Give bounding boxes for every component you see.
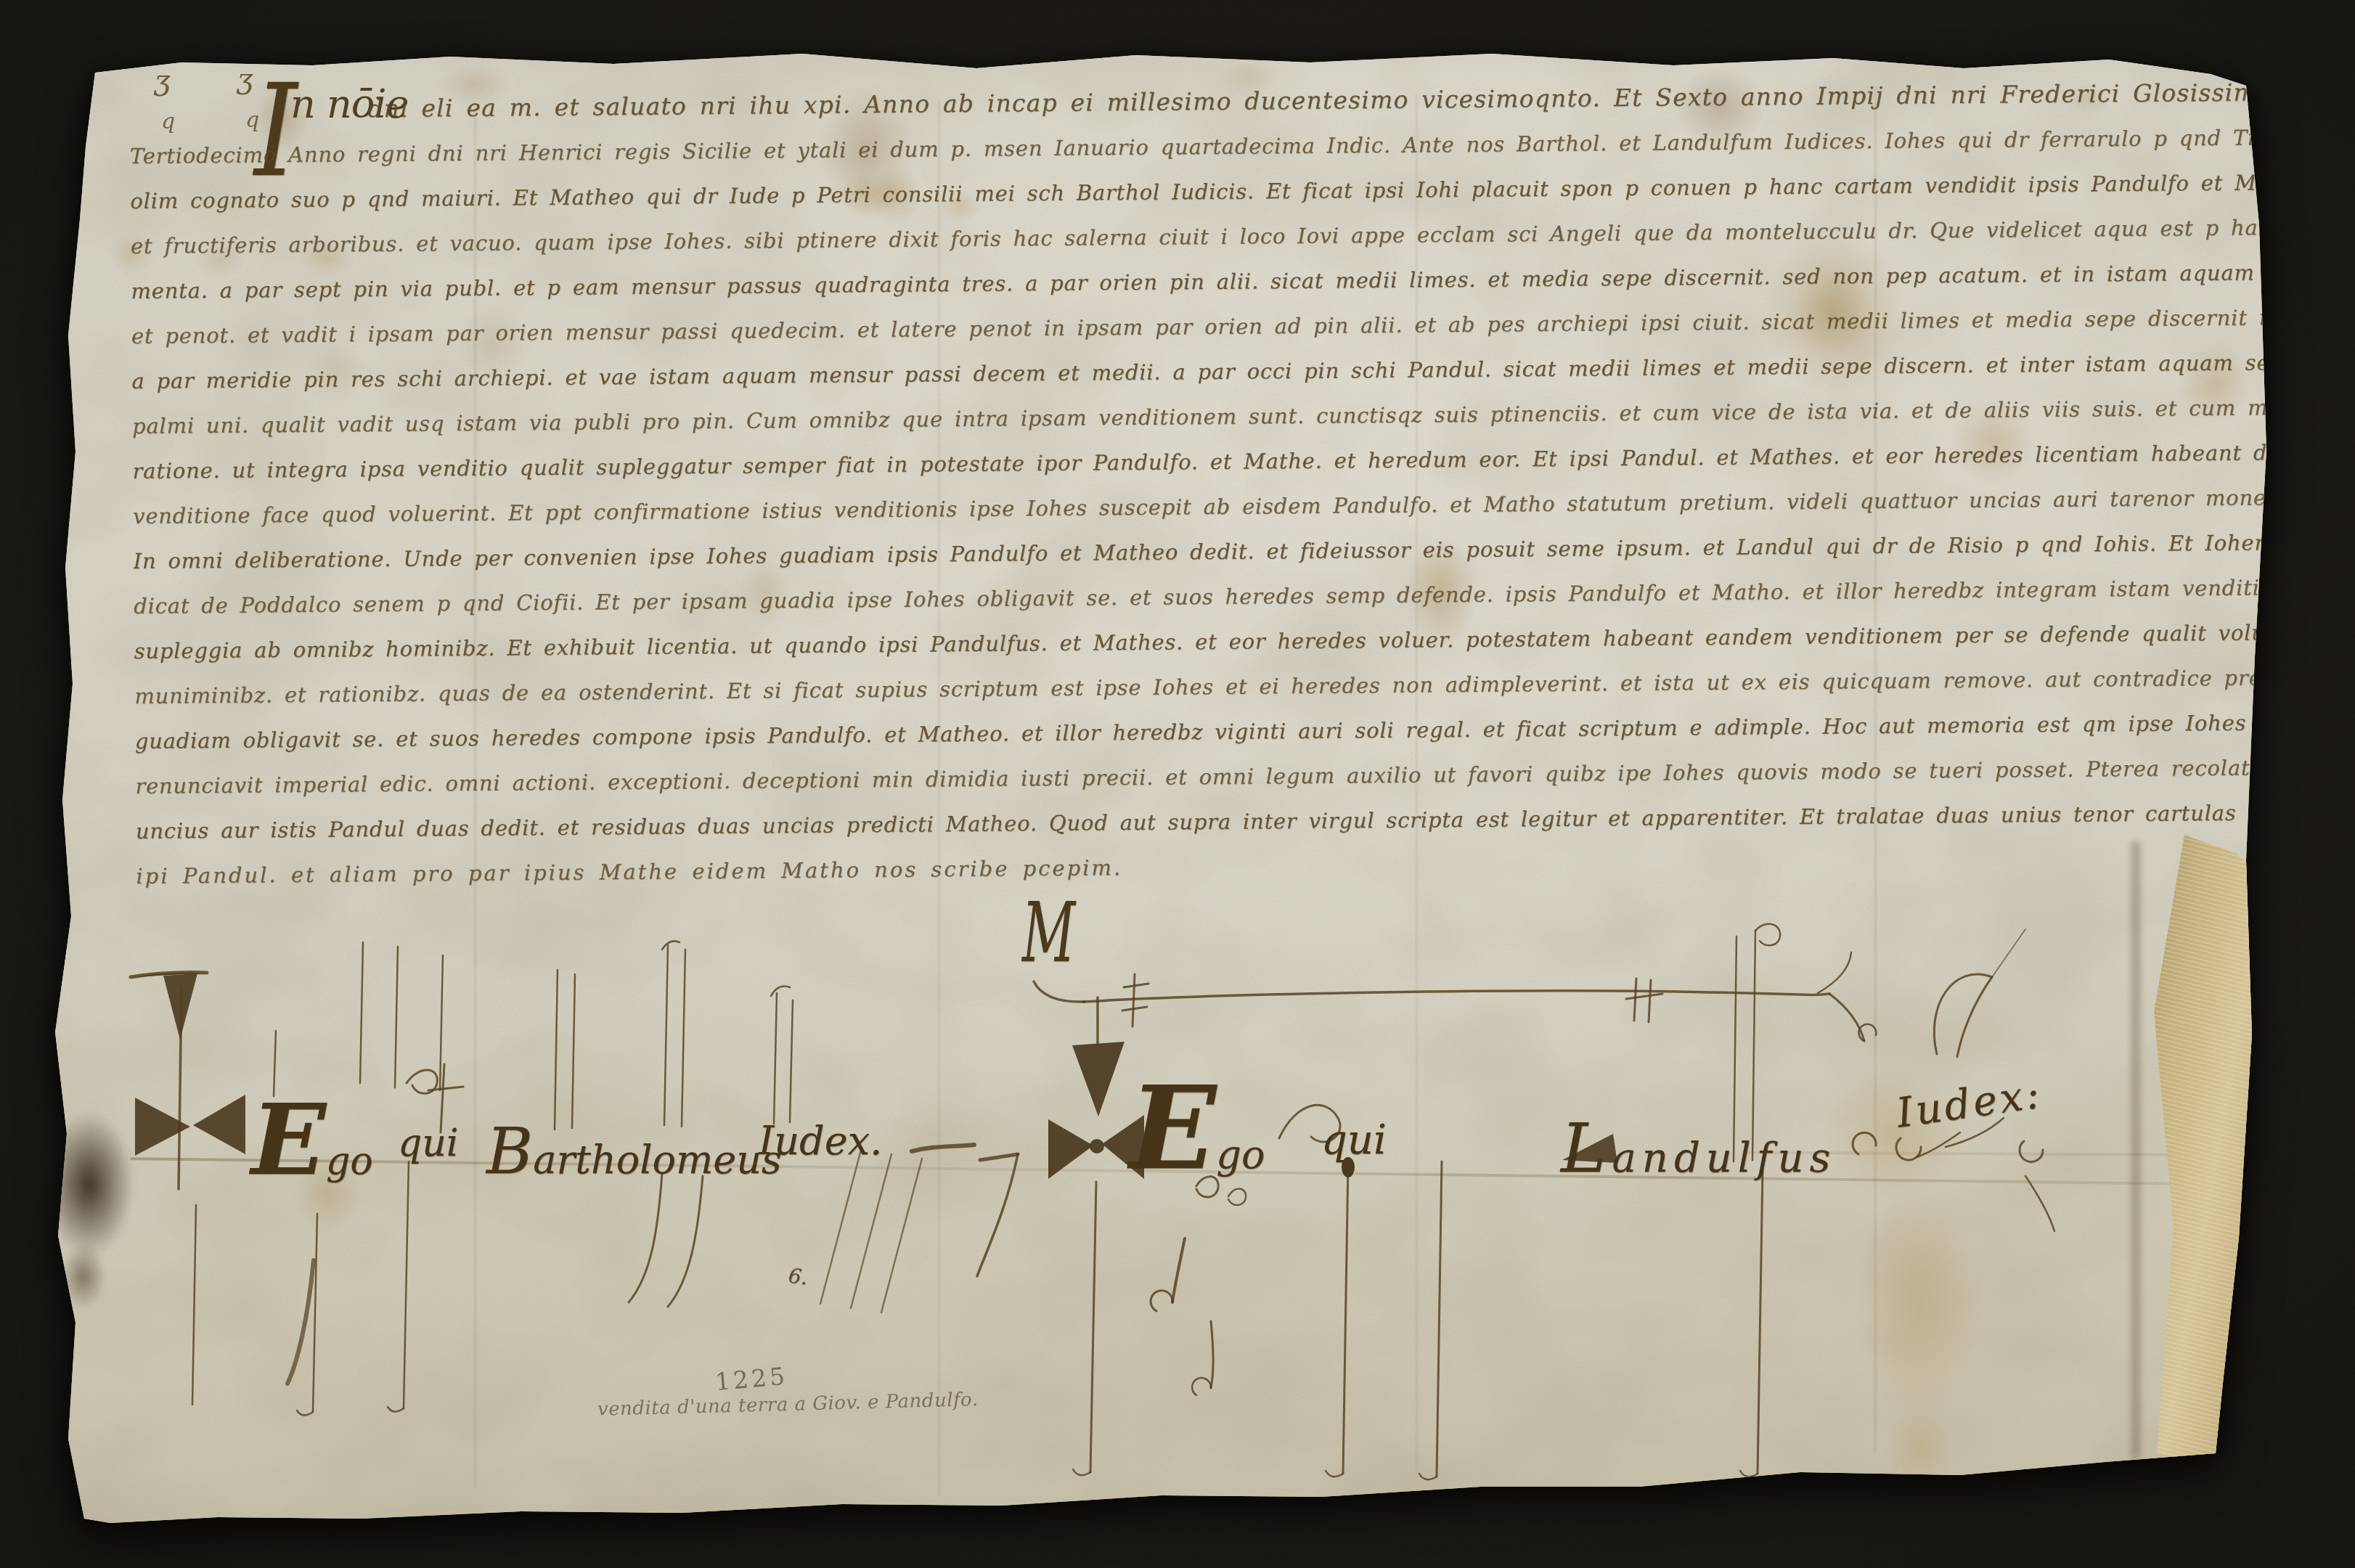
signature-ego-left: Ego bbox=[251, 1082, 373, 1197]
m-tail-line bbox=[1034, 952, 1876, 1041]
signature-qui-left: qui bbox=[398, 1122, 458, 1165]
photo-background: ʒ ʒ q q I n nōie dni eli ea m. et saluat… bbox=[0, 0, 2355, 1568]
signature-ego-right: Ego bbox=[1130, 1061, 1265, 1195]
signature-dash-flourish bbox=[912, 1145, 1018, 1276]
stain-burn bbox=[61, 1243, 106, 1310]
fold-shadow bbox=[2131, 842, 2140, 1459]
signature-flourish-mark: 6. bbox=[787, 1263, 809, 1289]
stain-burn bbox=[44, 1112, 134, 1257]
stain bbox=[1885, 1407, 1954, 1490]
signature-title-left: Iudex. bbox=[759, 1118, 882, 1164]
parchment-sheet: ʒ ʒ q q I n nōie dni eli ea m. et saluat… bbox=[0, 0, 2355, 1568]
m-flourish: M bbox=[1022, 891, 1075, 975]
annotation-year: 1225 bbox=[714, 1362, 788, 1397]
annotation-note: vendita d'una terra a Giov. e Pandulfo. bbox=[597, 1389, 979, 1421]
charter-text-block: dni eli ea m. et saluato nri ihu xpi. An… bbox=[129, 70, 2271, 952]
parchment-wrapper: ʒ ʒ q q I n nōie dni eli ea m. et saluat… bbox=[0, 0, 2355, 1568]
signature-qui-right: qui bbox=[1321, 1116, 1387, 1164]
elongated-strokes-right bbox=[1151, 924, 2054, 1479]
signature-title-right: Iudex: bbox=[1893, 1070, 2045, 1137]
signature-name-bartholomeus: Bartholomeus bbox=[486, 1114, 782, 1188]
notarial-sign-icon bbox=[131, 973, 245, 1189]
stain bbox=[1856, 1182, 1983, 1425]
signature-name-landulfus: Landulfus bbox=[1561, 1109, 1836, 1188]
